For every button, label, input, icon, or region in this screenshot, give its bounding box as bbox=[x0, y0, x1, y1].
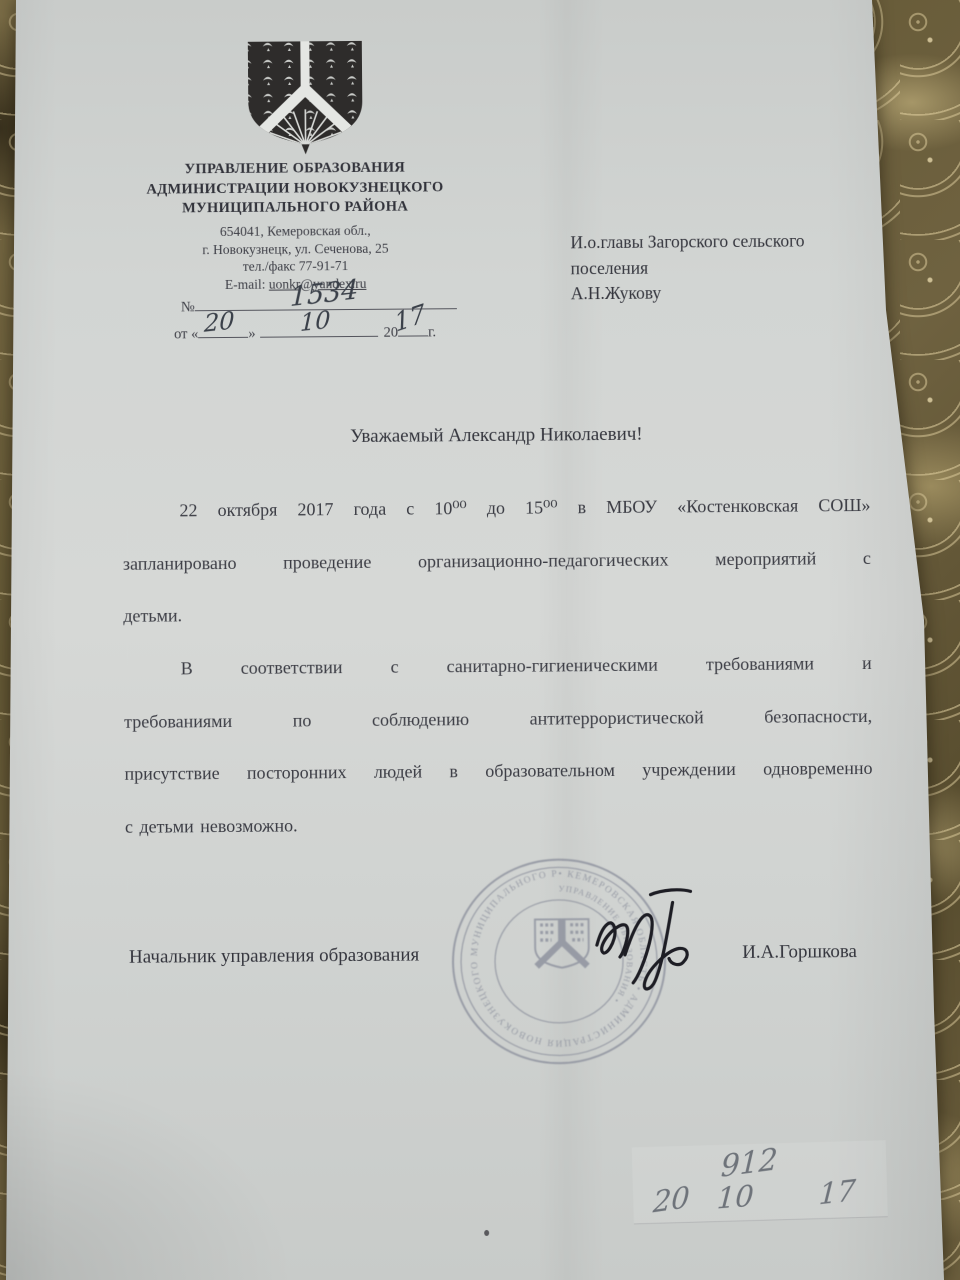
body-text-line: требованиями по соблюдению антитеррорист… bbox=[124, 689, 872, 747]
handwritten-footer-year: 17 bbox=[818, 1173, 857, 1212]
letterhead-org-name: УПРАВЛЕНИЕ ОБРАЗОВАНИЯ АДМИНИСТРАЦИИ НОВ… bbox=[115, 158, 475, 219]
page-content: УПРАВЛЕНИЕ ОБРАЗОВАНИЯ АДМИНИСТРАЦИИ НОВ… bbox=[0, 0, 960, 1280]
body-text-line: запланировано проведение организационно-… bbox=[123, 531, 871, 589]
org-line: АДМИНИСТРАЦИИ НОВОКУЗНЕЦКОГО bbox=[115, 178, 475, 200]
handwritten-footer-day: 20 bbox=[652, 1179, 691, 1219]
signature-row: Начальник управления образования И.А.Гор… bbox=[129, 941, 857, 969]
org-line: МУНИЦИПАЛЬНОГО РАЙОНА bbox=[115, 197, 475, 219]
paper-shadow: УПРАВЛЕНИЕ ОБРАЗОВАНИЯ АДМИНИСТРАЦИИ НОВ… bbox=[0, 0, 960, 1280]
document-page: УПРАВЛЕНИЕ ОБРАЗОВАНИЯ АДМИНИСТРАЦИИ НОВ… bbox=[0, 0, 960, 1280]
body-text-line: В соответствии с санитарно-гигиеническим… bbox=[124, 637, 872, 695]
number-label: № bbox=[181, 299, 195, 315]
ink-speck bbox=[484, 1230, 489, 1236]
body-paragraph-1: 22 октября 2017 года с 10⁰⁰ до 15⁰⁰ в МБ… bbox=[122, 479, 871, 642]
recipient-block: И.о.главы Загорского сельского поселения… bbox=[570, 228, 891, 307]
signer-name: И.А.Горшкова bbox=[742, 941, 857, 964]
body-text-line: детьми. bbox=[123, 584, 871, 642]
coat-of-arms-icon bbox=[239, 37, 372, 156]
body-text-line: с детьми невозможно. bbox=[125, 794, 873, 852]
email-label: E-mail: bbox=[225, 276, 266, 291]
handwritten-day: 20 bbox=[204, 306, 235, 338]
document-date-row: от « 20 » 10 20 17 г. bbox=[174, 319, 436, 343]
salutation: Уважаемый Александр Николаевич! bbox=[124, 422, 869, 450]
body-text-line: 22 октября 2017 года с 10⁰⁰ до 15⁰⁰ в МБ… bbox=[122, 479, 870, 537]
handwritten-footer-month: 10 bbox=[716, 1178, 755, 1215]
recipient-line: А.Н.Жукову bbox=[571, 279, 891, 307]
body-text-line: присутствие посторонних людей в образова… bbox=[124, 742, 872, 800]
date-quote-close: » bbox=[248, 326, 255, 342]
recipient-line: И.о.главы Загорского сельского bbox=[570, 228, 890, 256]
recipient-line: поселения bbox=[570, 253, 890, 281]
signer-position: Начальник управления образования bbox=[129, 944, 419, 968]
date-suffix: г. bbox=[428, 324, 436, 340]
date-prefix: от « bbox=[174, 326, 198, 342]
handwritten-month: 10 bbox=[299, 305, 330, 337]
body-paragraph-2: В соответствии с санитарно-гигиеническим… bbox=[124, 637, 874, 853]
